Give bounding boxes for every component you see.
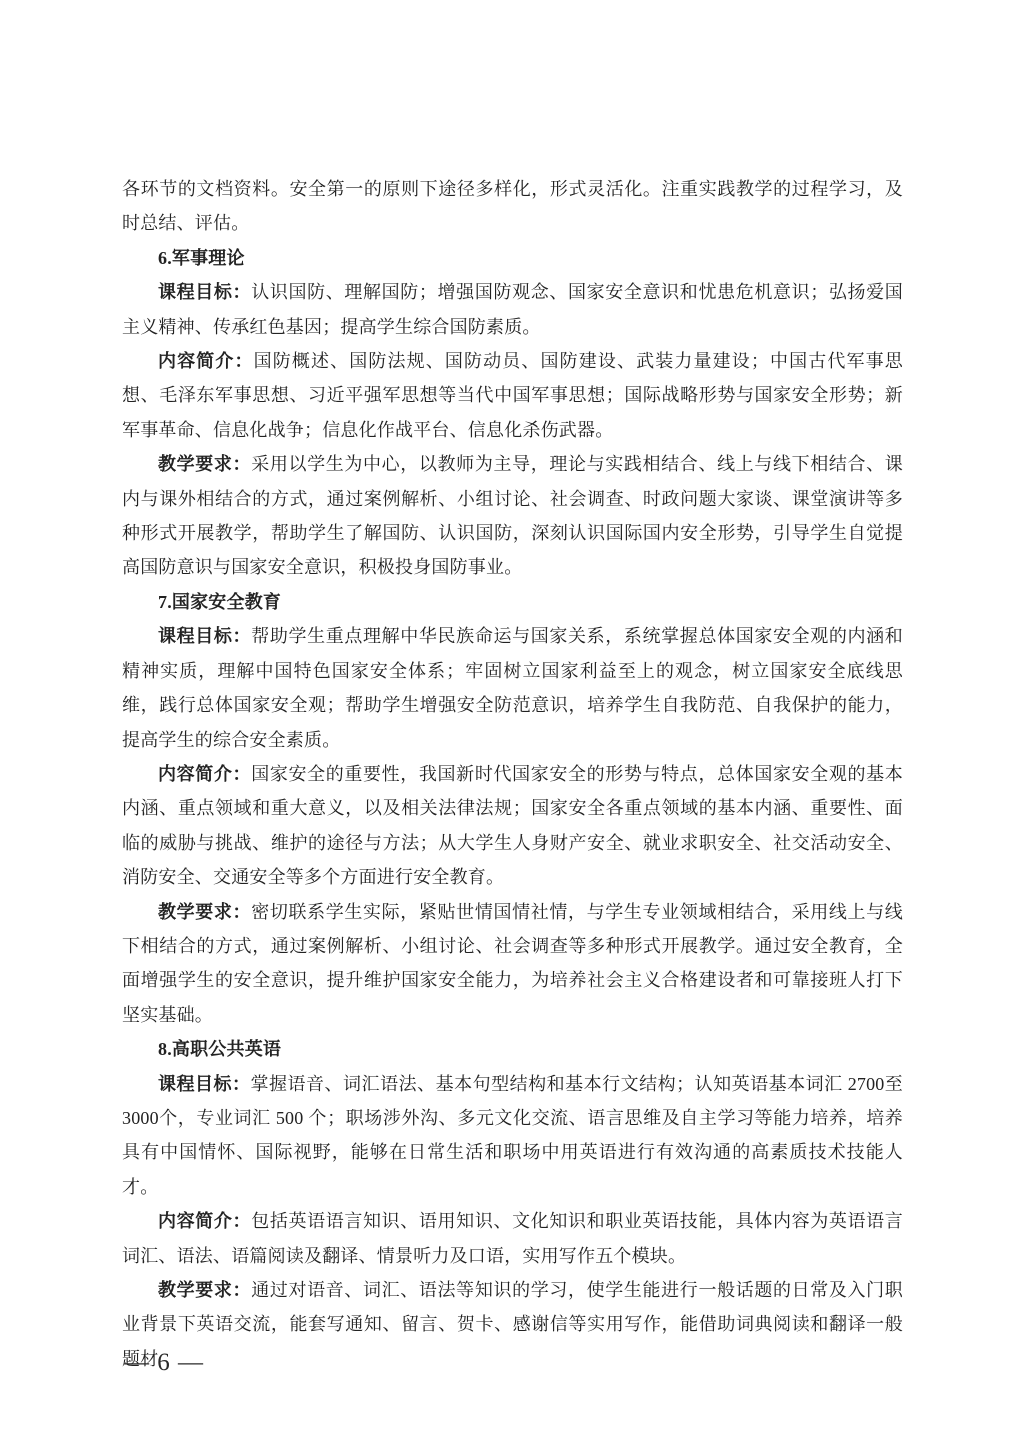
paragraph: 教学要求：密切联系学生实际，紧贴世情国情社情，与学生专业领域相结合，采用线上与线…	[122, 895, 903, 1033]
paragraph-label: 课程目标：	[158, 626, 251, 646]
paragraph: 各环节的文档资料。安全第一的原则下途径多样化，形式灵活化。注重实践教学的过程学习…	[122, 172, 903, 241]
paragraph-label: 教学要求：	[158, 902, 251, 922]
paragraph: 内容简介：国家安全的重要性，我国新时代国家安全的形势与特点，总体国家安全观的基本…	[122, 757, 903, 895]
paragraph-label: 内容简介：	[158, 764, 251, 784]
paragraph-text: 7.国家安全教育	[158, 592, 281, 612]
paragraph-label: 内容简介：	[158, 351, 254, 371]
paragraph-label: 课程目标：	[158, 1074, 251, 1094]
paragraph: 内容简介：包括英语语言知识、语用知识、文化知识和职业英语技能，具体内容为英语语言…	[122, 1204, 903, 1273]
section-heading: 7.国家安全教育	[122, 585, 903, 619]
paragraph-text: 各环节的文档资料。安全第一的原则下途径多样化，形式灵活化。注重实践教学的过程学习…	[122, 179, 903, 233]
paragraph: 课程目标：认识国防、理解国防；增强国防观念、国家安全意识和忧患危机意识；弘扬爱国…	[122, 275, 903, 344]
paragraph-text: 6.军事理论	[158, 248, 245, 268]
paragraph: 课程目标：掌握语音、词汇语法、基本句型结构和基本行文结构；认知英语基本词汇 27…	[122, 1067, 903, 1205]
paragraph-label: 教学要求：	[158, 454, 251, 474]
document-text-block: 各环节的文档资料。安全第一的原则下途径多样化，形式灵活化。注重实践教学的过程学习…	[122, 172, 903, 1376]
page-number: — 6 —	[124, 1346, 204, 1380]
paragraph-label: 内容简介：	[158, 1211, 251, 1231]
section-heading: 8.高职公共英语	[122, 1032, 903, 1066]
section-heading: 6.军事理论	[122, 241, 903, 275]
paragraph: 课程目标：帮助学生重点理解中华民族命运与国家关系，系统掌握总体国家安全观的内涵和…	[122, 619, 903, 757]
paragraph: 教学要求：通过对语音、词汇、语法等知识的学习，使学生能进行一般话题的日常及入门职…	[122, 1273, 903, 1376]
paragraph-label: 教学要求：	[158, 1280, 251, 1300]
paragraph-label: 课程目标：	[158, 282, 251, 302]
paragraph: 教学要求：采用以学生为中心，以教师为主导，理论与实践相结合、线上与线下相结合、课…	[122, 447, 903, 585]
paragraph: 内容简介：国防概述、国防法规、国防动员、国防建设、武装力量建设；中国古代军事思想…	[122, 344, 903, 447]
paragraph-text: 8.高职公共英语	[158, 1039, 281, 1059]
